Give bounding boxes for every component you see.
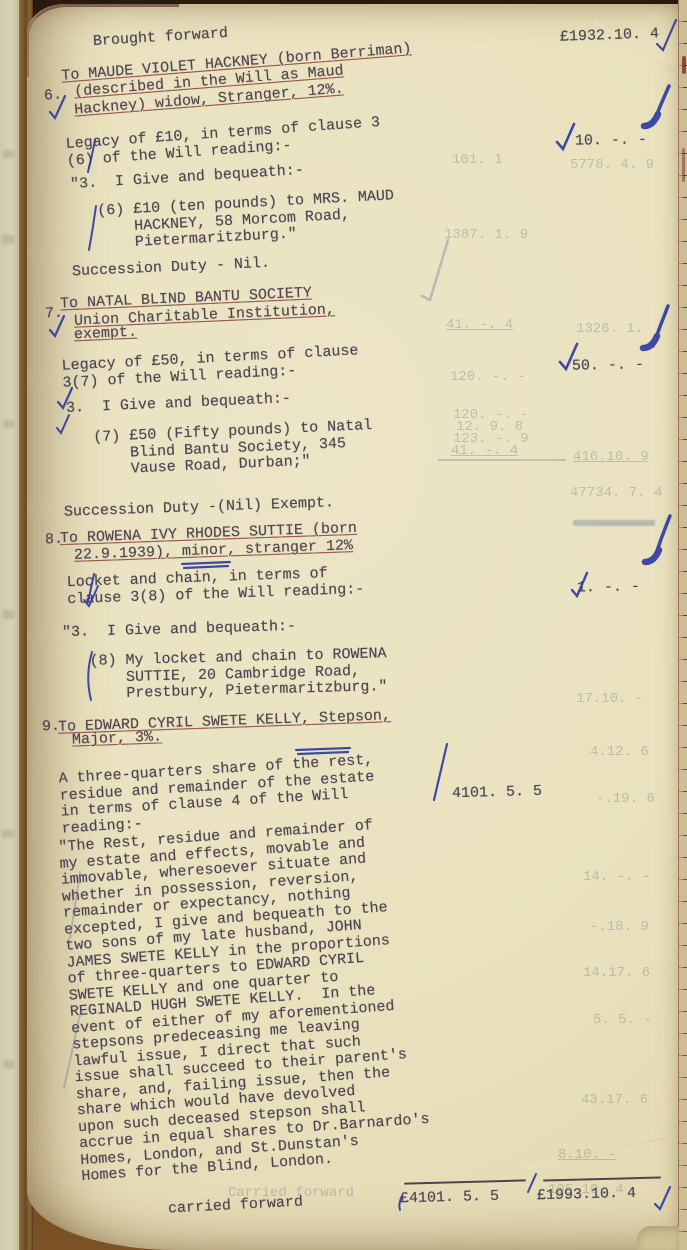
carried-forward-estate-total: £4101. 5. 5 (400, 1189, 499, 1208)
edge-mark (682, 148, 685, 182)
ghost-text: 101. 1 (452, 153, 502, 168)
ghost-rule (438, 459, 566, 461)
ghost-text: 416.10. 9 (573, 450, 649, 465)
bleed-smudge (4, 1060, 14, 1069)
ghost-text: -.18. 9 (590, 920, 649, 935)
bleed-smudge (3, 610, 14, 619)
ghost-text: 120. -. - (450, 370, 526, 385)
amount-value: 1. -. - (568, 579, 640, 597)
item-heading-line: Major, 3%. (72, 729, 163, 749)
ghost-text: 4.12. 6 (590, 745, 649, 760)
ghost-text: 41. -. 4 (451, 444, 518, 459)
ghost-text: 47734. 7. 4 (570, 486, 662, 501)
bleed-smudge (3, 150, 14, 158)
ghost-text: 14.17. 6 (583, 966, 650, 981)
bleed-smudge (2, 235, 14, 244)
bleed-smudge (4, 420, 14, 428)
adjacent-grid-page (678, 0, 687, 1250)
ghost-text: 14. -. - (583, 870, 650, 885)
will-residue-quote: "The Rest, residue and remainder of my e… (58, 816, 432, 1186)
scanned-document: Brought forward £1932.10. 4 6. To MAUDE … (0, 0, 687, 1250)
ghost-text: 43.17. 6 (581, 1093, 648, 1108)
brought-forward-amount: £1932.10. 4 (560, 26, 660, 46)
ghost-rule (573, 520, 655, 526)
amount-value: 10. -. - (575, 132, 647, 150)
edge-mark (682, 56, 686, 74)
will-clause-body: (8) My locket and chain to ROWENA SUTTIE… (89, 646, 387, 703)
ghost-text: 1326. 1. (576, 322, 643, 337)
ghost-text: 17.10. - (576, 692, 643, 707)
ghost-text: 5. 5. - (593, 1013, 652, 1028)
bleed-smudge (2, 830, 14, 838)
amount-value: 50. -. - (572, 357, 644, 375)
item-number: 6. (43, 87, 62, 105)
ghost-text: 5778. 4. 9 (570, 158, 654, 173)
ghost-text: Carried forward (228, 1186, 354, 1201)
ghost-text: 1387. 1. 9 (444, 228, 528, 243)
ghost-text: -.19. 6 (596, 792, 655, 807)
item-heading-line: exempt. (74, 325, 138, 344)
ghost-text: 8.10. - (558, 1148, 617, 1163)
ghost-text: 105 10. 4 (548, 1183, 624, 1198)
amount-value: 4101. 5. 5 (452, 784, 542, 803)
ghost-text: 41. -. 4 (446, 318, 513, 333)
desk-sheet-corner (637, 1226, 679, 1250)
